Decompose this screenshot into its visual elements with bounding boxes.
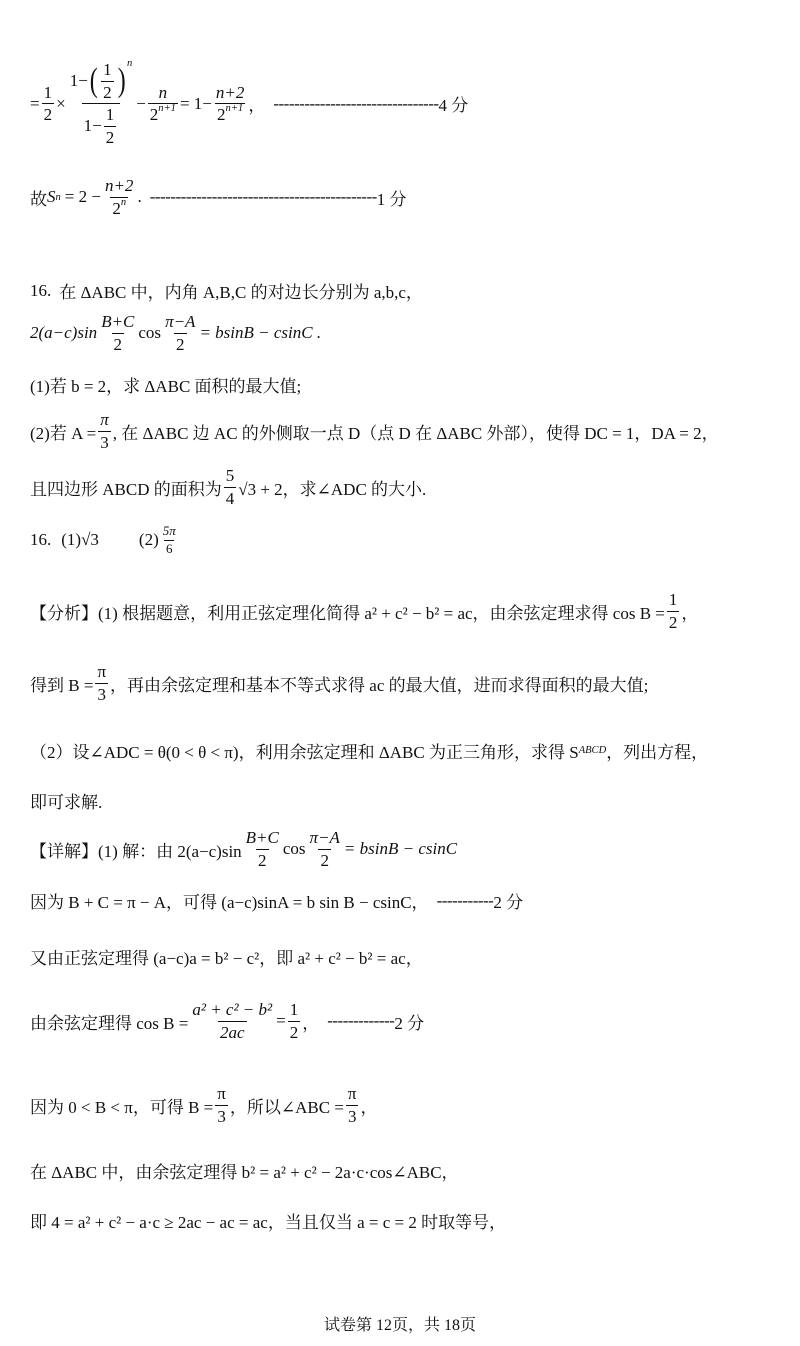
prev-solution-line-2: 故 Sn = 2 − n+2 2n . --------------------…: [30, 176, 407, 218]
problem-part-1: (1)若 b = 2，求 ΔABC 面积的最大值;: [30, 372, 301, 397]
analysis-line-4: 即可求解.: [30, 788, 102, 813]
equals-sign: =: [30, 94, 40, 114]
score-label: 1 分: [377, 185, 407, 210]
detail-label: 【详解】: [30, 837, 98, 862]
score-label: 2 分: [394, 1009, 424, 1034]
score-dashes: -------------: [327, 1011, 394, 1031]
score-label: 4 分: [439, 91, 469, 116]
detail-line-5: 因为 0 < B < π，可得 B = π 3 ，所以∠ABC = π 3 ，: [30, 1084, 378, 1126]
problem-number: 16.: [30, 281, 51, 301]
detail-line-3: 又由正弦定理得 (a−c)a = b² − c²，即 a² + c² − b² …: [30, 944, 423, 969]
detail-line-7: 即 4 = a² + c² − a·c ≥ 2ac − ac = ac，当且仅当…: [30, 1208, 506, 1233]
geometric-sum-fraction: 1− ( 1 2 ) n 1− 1 2: [68, 60, 135, 147]
times-sign: ×: [56, 94, 66, 114]
analysis-line-3: （2）设∠ADC = θ(0 < θ < π)，利用余弦定理和 ΔABC 为正三…: [30, 738, 708, 763]
answer-line: 16. (1)√3 (2) 5π 6: [30, 524, 180, 557]
fraction-one-half: 1 2: [42, 83, 55, 125]
sn-fraction: n+2 2n: [103, 176, 135, 218]
analysis-line-1: 【分析】 (1) 根据题意，利用正弦定理化简得 a² + c² − b² = a…: [30, 590, 698, 632]
detail-line-6: 在 ΔABC 中，由余弦定理得 b² = a² + c² − 2a·c·cos∠…: [30, 1158, 459, 1183]
problem-stem: 16. 在 ΔABC 中，内角 A,B,C 的对边长分别为 a,b,c，: [30, 278, 423, 303]
score-dashes: --------------------------------: [273, 94, 438, 114]
detail-line-2: 因为 B + C = π − A，可得 (a−c)sinA = b sin B …: [30, 888, 523, 913]
prev-solution-line-1: = 1 2 × 1− ( 1 2 ) n 1− 1 2 − n 2n+1 = 1…: [30, 60, 468, 147]
n-over-power-fraction: n 2n+1: [148, 83, 178, 125]
detail-line-1: 【详解】 (1) 解：由 2(a−c)sin B+C 2 cos π−A 2 =…: [30, 828, 457, 870]
page-footer: 试卷第 12页，共 18页: [0, 1312, 800, 1335]
problem-equation: 2(a−c)sin B+C 2 cos π−A 2 = bsinB − csin…: [30, 312, 321, 354]
analysis-line-2: 得到 B = π 3 ，再由余弦定理和基本不等式求得 ac 的最大值，进而求得面…: [30, 662, 648, 704]
result-fraction: n+2 2n+1: [214, 83, 246, 125]
score-label: 2 分: [493, 888, 523, 913]
analysis-label: 【分析】: [30, 599, 98, 624]
problem-part-2-cont: 且四边形 ABCD 的面积为 5 4 √3 + 2，求∠ADC 的大小.: [30, 466, 426, 508]
problem-part-2: (2)若 A = π 3 , 在 ΔABC 边 AC 的外侧取一点 D（点 D …: [30, 410, 719, 452]
score-dashes: ----------------------------------------…: [150, 187, 377, 207]
score-dashes: -----------: [437, 891, 494, 911]
detail-line-4: 由余弦定理得 cos B = a² + c² − b² 2ac = 1 2 ， …: [30, 1000, 424, 1042]
